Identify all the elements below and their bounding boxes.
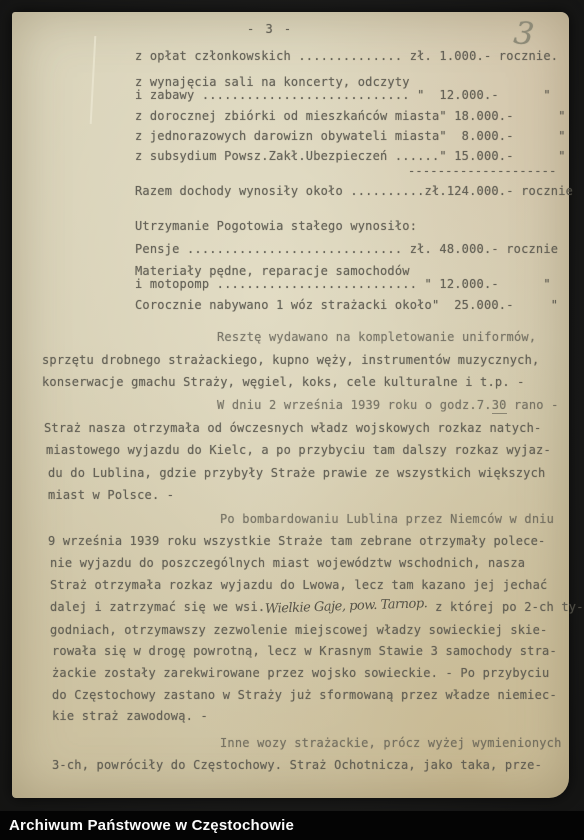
typed-line: godniach, otrzymawszy zezwolenie miejsco… <box>50 623 547 638</box>
typed-line: 3-ch, powróciły do Częstochowy. Straż Oc… <box>52 758 542 773</box>
ledger-total-line: Razem dochody wynosiły około ..........z… <box>135 184 573 199</box>
typed-line: rowała się w drogę powrotną, lecz w Kras… <box>52 644 557 659</box>
archive-scan-viewer: - 3 - 3 z opłat członkowskich ..........… <box>0 0 584 840</box>
archive-footer-bar: Archiwum Państwowe w Częstochowie <box>0 811 584 840</box>
ledger-line: z jednorazowych darowizn obywateli miast… <box>135 129 566 144</box>
typed-line: Resztę wydawano na kompletowanie uniform… <box>217 330 536 345</box>
handwritten-page-number: 3 <box>512 15 536 53</box>
ledger-line: z opłat członkowskich .............. zł.… <box>135 49 558 64</box>
typed-line: żackie zostały zarekwirowane przez wojsk… <box>52 666 549 681</box>
archive-name-label: Archiwum Państwowe w Częstochowie <box>0 811 584 840</box>
page-number-header: - 3 - <box>247 22 293 37</box>
scanned-document-page: - 3 - 3 z opłat członkowskich ..........… <box>12 12 569 798</box>
time-line-suffix: rano - <box>507 398 559 412</box>
wsi-line-suffix: z której po 2-ch ty- <box>428 600 584 614</box>
handwritten-insertion: Wielkie Gaje, pow. Tarnop. <box>265 596 428 617</box>
typed-line: sprzętu drobnego strażackiego, kupno węż… <box>42 353 539 368</box>
typed-line: Straż nasza otrzymała od ówczesnych wład… <box>44 421 541 436</box>
typed-line: kie straż zawodową. - <box>52 709 208 724</box>
ledger-line: z dorocznej zbiórki od mieszkańców miast… <box>135 109 566 124</box>
typed-line: nie wyjazdu do poszczególnych miast woje… <box>50 556 525 571</box>
ledger-line: i zabawy ............................ " … <box>135 88 551 103</box>
ledger-separator: -------------------- <box>408 164 557 179</box>
typed-line: miastowego wyjazdu do Kielc, a po przyby… <box>46 443 551 458</box>
typed-line: du do Lublina, gdzie przybyły Straże pra… <box>48 466 545 481</box>
typed-line: konserwacje gmachu Straży, węgiel, koks,… <box>42 375 525 390</box>
time-line-prefix: W dniu 2 września 1939 roku o godz.7. <box>217 398 492 412</box>
typed-line: 9 września 1939 roku wszystkie Straże ta… <box>48 534 545 549</box>
wsi-line-prefix: dalej i zatrzymać się we wsi. <box>50 600 265 614</box>
ledger-line: z subsydium Powsz.Zakł.Ubezpieczeń .....… <box>135 149 566 164</box>
ledger-line: Pensje ............................. zł.… <box>135 242 558 257</box>
typed-line-with-handwriting: dalej i zatrzymać się we wsi.Wielkie Gaj… <box>50 600 584 615</box>
paper-scratch-mark <box>90 36 97 124</box>
typed-line: do Częstochowy zastano w Straży już sfor… <box>52 688 557 703</box>
ledger-section-heading: Utrzymanie Pogotowia stałego wynosiło: <box>135 219 417 234</box>
typed-line-with-time: W dniu 2 września 1939 roku o godz.7.30 … <box>217 398 559 413</box>
typed-line: Straż otrzymała rozkaz wyjazdu do Lwowa,… <box>50 578 547 593</box>
typed-line: Po bombardowaniu Lublina przez Niemców w… <box>220 512 554 527</box>
ledger-line: Corocznie nabywano 1 wóz strażacki około… <box>135 298 558 313</box>
typed-line: Inne wozy strażackie, prócz wyżej wymien… <box>220 736 562 751</box>
typed-line: miast w Polsce. - <box>48 488 174 503</box>
ledger-line: i motopomp ........................... "… <box>135 277 551 292</box>
underlined-time-digits: 30 <box>492 398 507 414</box>
